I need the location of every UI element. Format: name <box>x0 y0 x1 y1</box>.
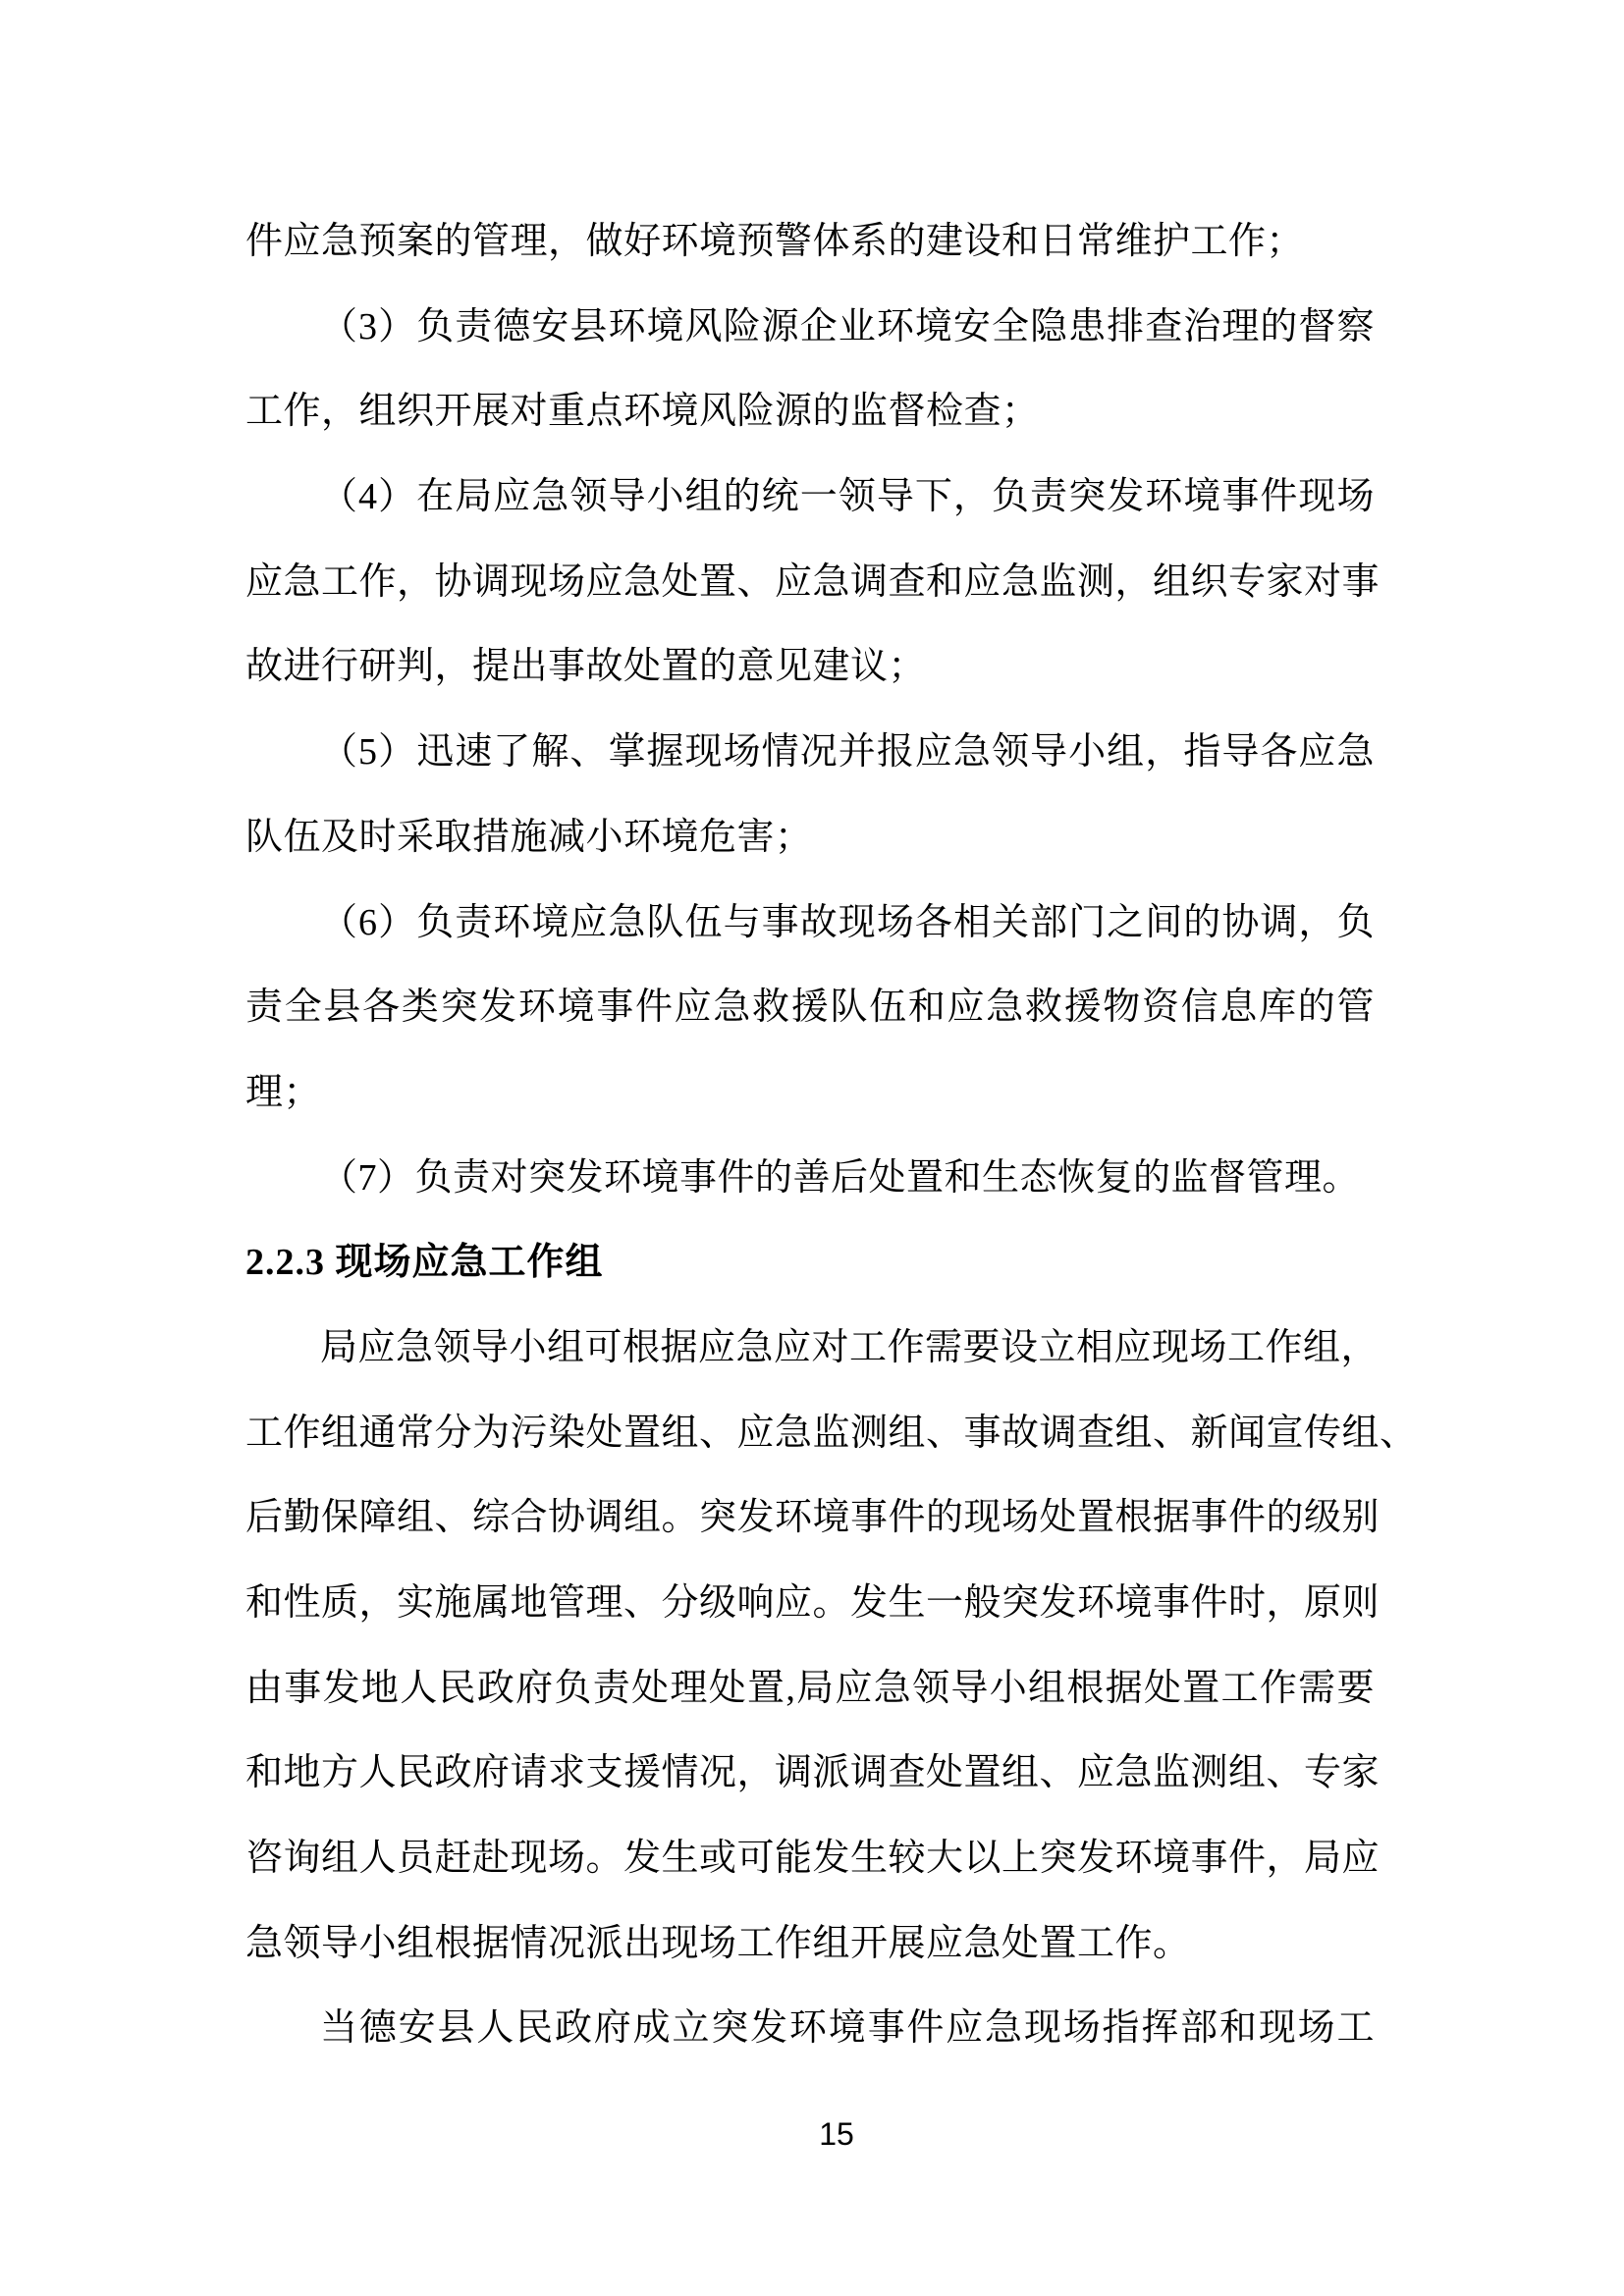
paragraph-line: 应急工作，协调现场应急处置、应急调查和应急监测，组织专家对事 <box>245 540 1375 625</box>
paragraph-line: 局应急领导小组可根据应急应对工作需要设立相应现场工作组， <box>245 1306 1375 1391</box>
paragraph-line: 后勤保障组、综合协调组。突发环境事件的现场处置根据事件的级别 <box>245 1475 1375 1561</box>
paragraph-line: 由事发地人民政府负责处理处置,局应急领导小组根据处置工作需要 <box>245 1646 1375 1732</box>
document-page: { "page": { "number": "15" }, "content":… <box>0 0 1624 2296</box>
paragraph-line: （5）迅速了解、掌握现场情况并报应急领导小组，指导各应急 <box>245 710 1375 795</box>
paragraph-line: 咨询组人员赶赴现场。发生或可能发生较大以上突发环境事件，局应 <box>245 1816 1375 1901</box>
paragraph-line: 队伍及时采取措施减小环境危害； <box>245 795 1375 881</box>
section-heading: 2.2.3 现场应急工作组 <box>245 1220 1375 1306</box>
paragraph-line: 当德安县人民政府成立突发环境事件应急现场指挥部和现场工 <box>245 1986 1375 2071</box>
paragraph-line: 件应急预案的管理，做好环境预警体系的建设和日常维护工作； <box>245 199 1375 285</box>
paragraph-line: （4）在局应急领导小组的统一领导下，负责突发环境事件现场 <box>245 454 1375 540</box>
paragraph-line: 工作组通常分为污染处置组、应急监测组、事故调查组、新闻宣传组、 <box>245 1391 1375 1476</box>
paragraph-line: 急领导小组根据情况派出现场工作组开展应急处置工作。 <box>245 1901 1375 1987</box>
paragraph-line: 责全县各类突发环境事件应急救援队伍和应急救援物资信息库的管 <box>245 965 1375 1050</box>
paragraph-line: 工作，组织开展对重点环境风险源的监督检查； <box>245 369 1375 454</box>
document-text-block: 件应急预案的管理，做好环境预警体系的建设和日常维护工作； （3）负责德安县环境风… <box>245 199 1375 2071</box>
paragraph-line: （7）负责对突发环境事件的善后处置和生态恢复的监督管理。 <box>245 1136 1375 1221</box>
paragraph-line: （3）负责德安县环境风险源企业环境安全隐患排查治理的督察 <box>245 285 1375 370</box>
paragraph-line: 故进行研判，提出事故处置的意见建议； <box>245 624 1375 710</box>
page-background: 件应急预案的管理，做好环境预警体系的建设和日常维护工作； （3）负责德安县环境风… <box>0 0 1624 2296</box>
paragraph-line: 和地方人民政府请求支援情况，调派调查处置组、应急监测组、专家 <box>245 1731 1375 1816</box>
paragraph-line: 理； <box>245 1050 1375 1136</box>
paragraph-line: （6）负责环境应急队伍与事故现场各相关部门之间的协调，负 <box>245 881 1375 966</box>
page-number: 15 <box>49 2116 1624 2152</box>
paragraph-line: 和性质，实施属地管理、分级响应。发生一般突发环境事件时，原则 <box>245 1561 1375 1646</box>
